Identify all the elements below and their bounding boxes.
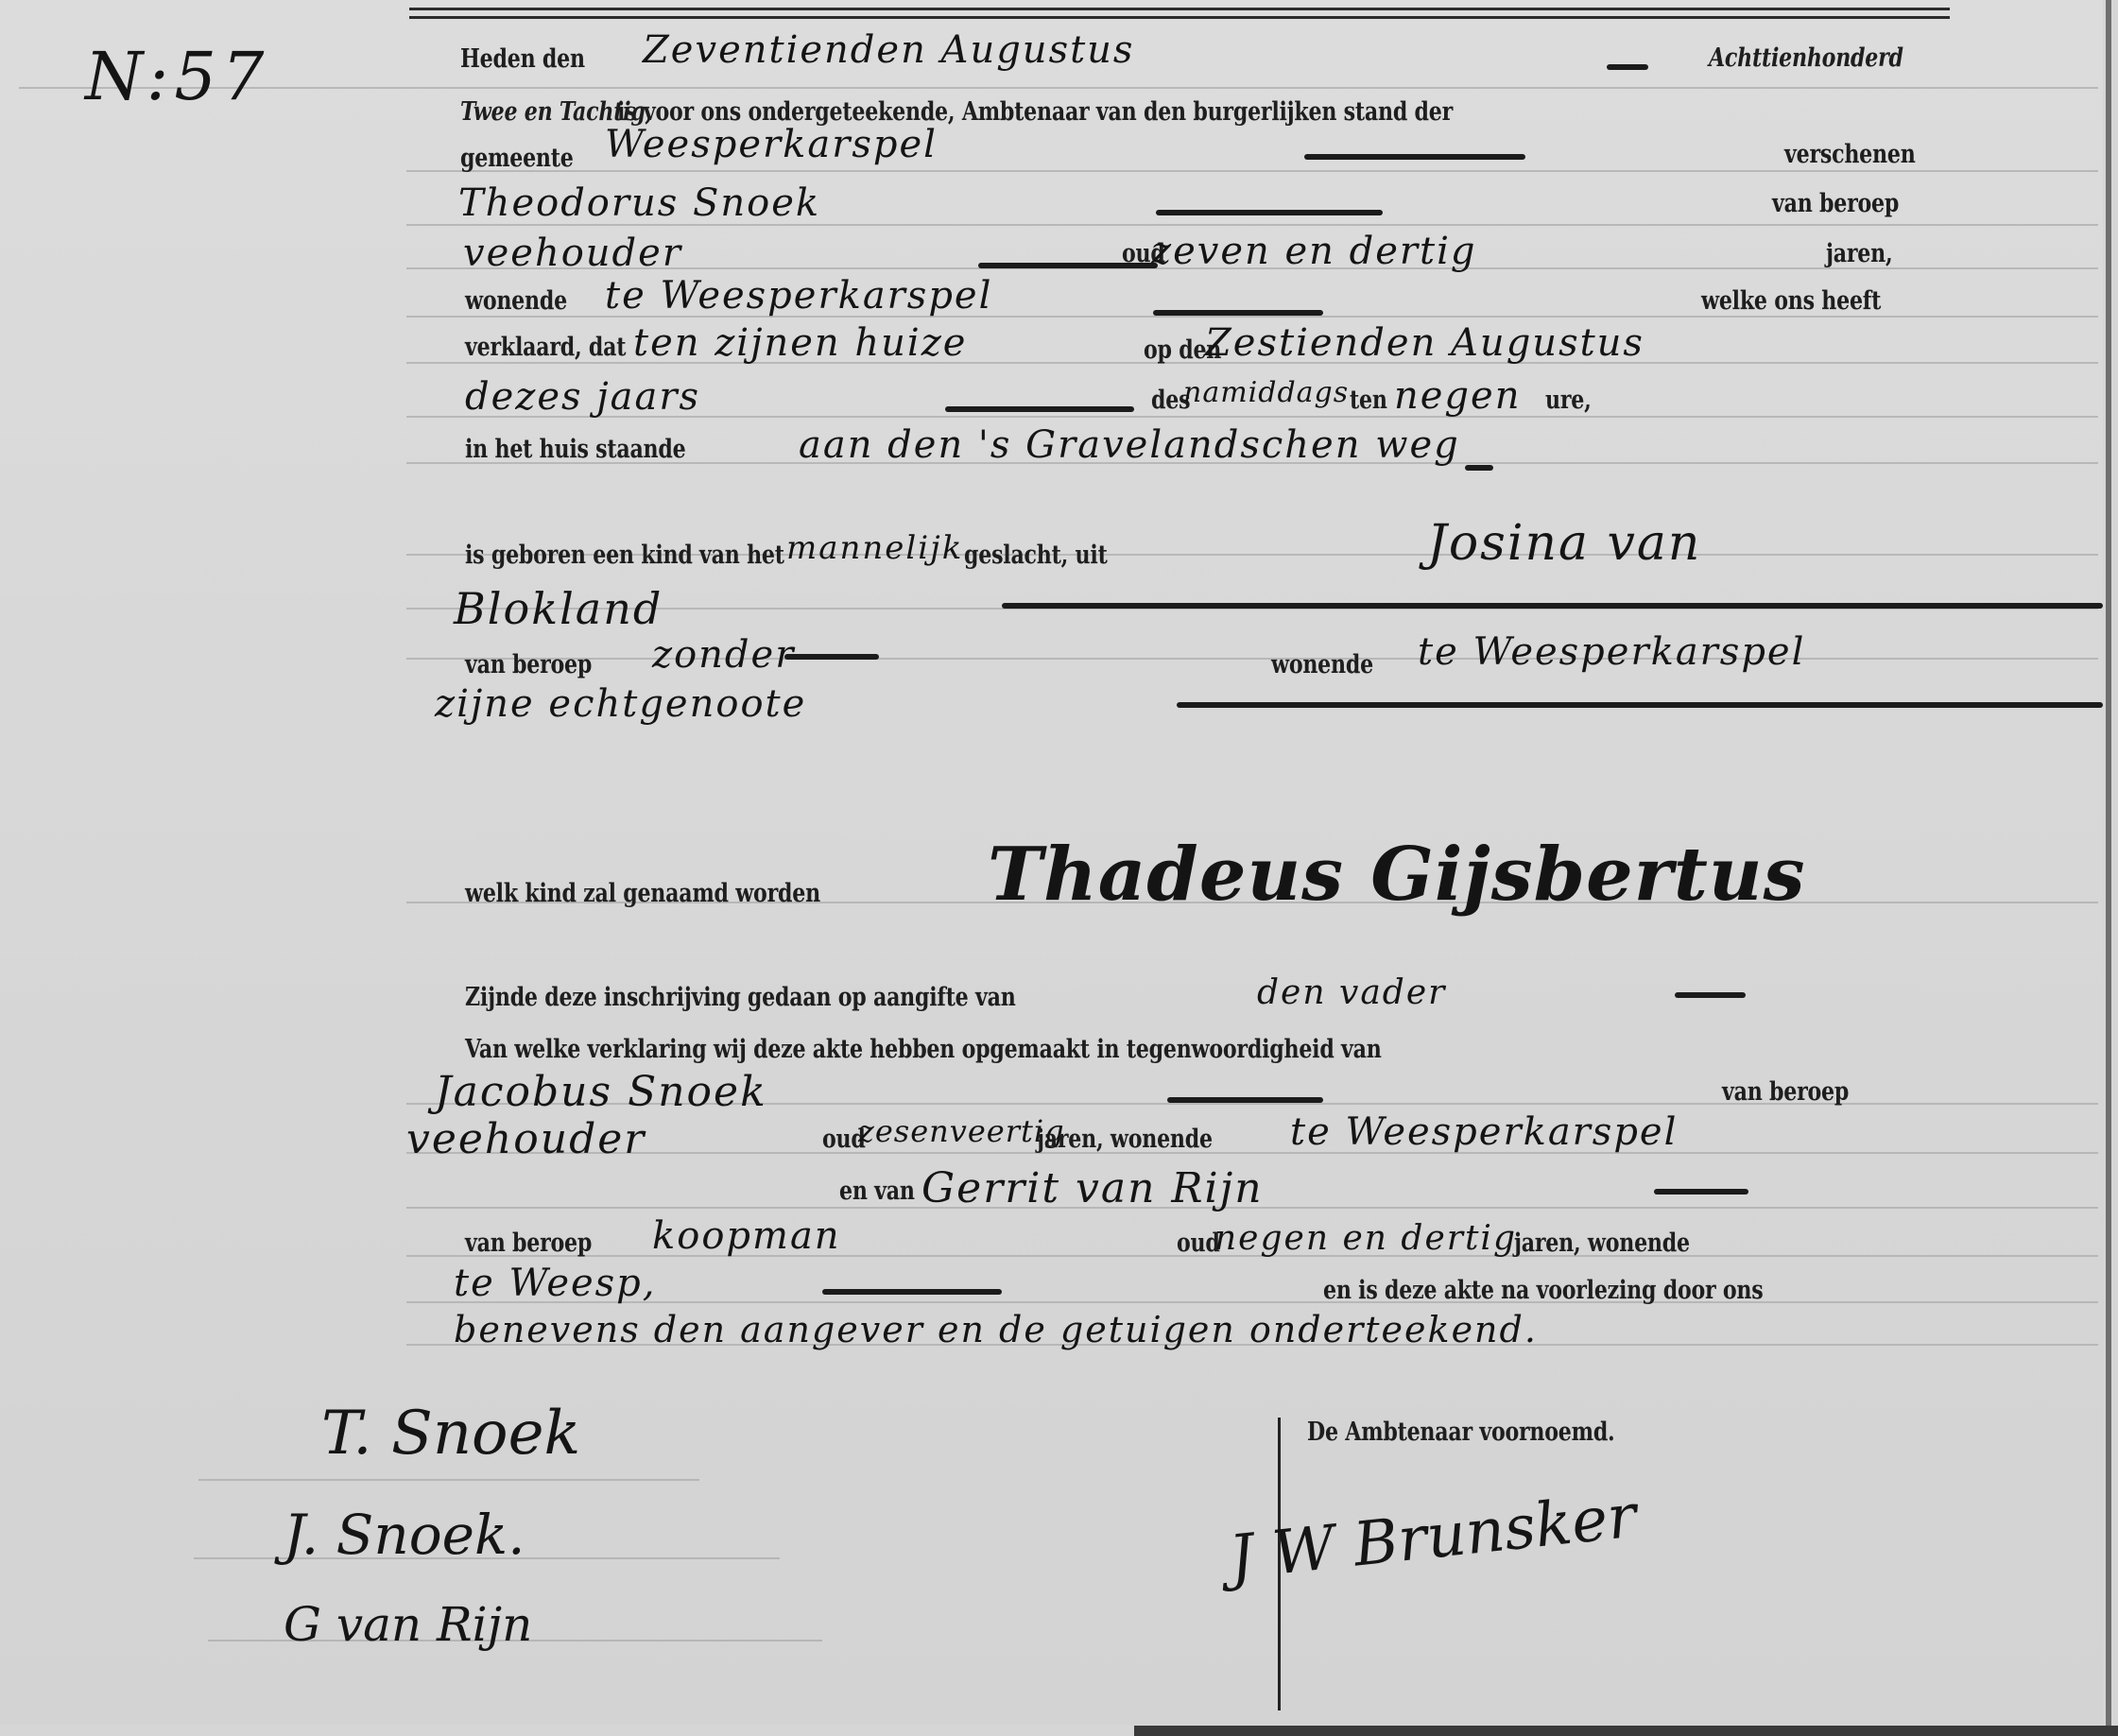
- handwritten-child-name: Thadeus Gijsbertus: [988, 832, 1806, 918]
- fill-dash: [1153, 310, 1323, 316]
- fill-dash: [945, 406, 1134, 412]
- fill-dash: [1177, 702, 2103, 708]
- handwritten-declarant-occupation: veehouder: [463, 232, 682, 275]
- handwritten-time-of-day: namiddags: [1183, 376, 1349, 409]
- fill-dash: [822, 1289, 1002, 1295]
- guide-line: [198, 1479, 699, 1481]
- guide-line: [406, 1152, 2098, 1154]
- fill-dash: [1156, 210, 1383, 215]
- handwritten-closing: benevens den aangever en de getuigen ond…: [454, 1309, 1538, 1350]
- fill-dash: [1465, 465, 1493, 471]
- signature-official: J W Brunsker: [1226, 1482, 1640, 1594]
- page-edge: [1134, 1726, 2118, 1736]
- fill-dash: [1167, 1097, 1323, 1103]
- printed-wonende-2: wonende: [1271, 650, 1373, 679]
- handwritten-witness1-residence: te Weesperkarspel: [1290, 1110, 1678, 1154]
- fill-dash: [1654, 1189, 1748, 1195]
- handwritten-witness2-age: negen en dertig: [1214, 1219, 1517, 1258]
- handwritten-witness1-occupation: veehouder: [406, 1115, 646, 1163]
- fill-dash: [784, 654, 879, 660]
- handwritten-witness2-name: Gerrit van Rijn: [921, 1164, 1264, 1212]
- handwritten-date: Zeventienden Augustus: [643, 28, 1134, 72]
- printed-van-beroep-1: van beroep: [1772, 189, 1899, 218]
- printed-ten: ten: [1350, 386, 1387, 415]
- guide-line: [19, 87, 2098, 89]
- printed-oud-3: oud: [1177, 1229, 1220, 1258]
- guide-line: [406, 1301, 2098, 1303]
- handwritten-mother-occupation: zonder: [652, 633, 795, 677]
- printed-wonende-1: wonende: [465, 286, 567, 316]
- handwritten-birth-place: ten zijnen huize: [633, 321, 967, 365]
- page-edge: [2106, 0, 2111, 1736]
- printed-jaren-wonende-3: jaren, wonende: [1514, 1229, 1690, 1258]
- handwritten-birth-date: Zestienden Augustus: [1205, 321, 1644, 365]
- fill-dash: [1607, 64, 1648, 70]
- printed-en-van: en van: [839, 1177, 915, 1206]
- printed-jaren-1: jaren,: [1826, 239, 1892, 268]
- printed-welke-ons-heeft: welke ons heeft: [1701, 286, 1881, 316]
- record-number: N:57: [85, 38, 269, 115]
- printed-en-is-deze: en is deze akte na voorlezing door ons: [1323, 1276, 1763, 1305]
- fill-dash: [1304, 154, 1525, 160]
- signature-2: J. Snoek.: [284, 1503, 525, 1567]
- printed-geslacht-uit: geslacht, uit: [964, 541, 1108, 570]
- handwritten-sex: mannelijk: [786, 529, 963, 567]
- printed-van-beroep-4: van beroep: [465, 1229, 592, 1258]
- document-page: N:57 Heden den Zeventienden Augustus Ach…: [0, 0, 2103, 1725]
- handwritten-hour: negen: [1394, 374, 1521, 418]
- handwritten-declarant-name: Theodorus Snoek: [458, 181, 820, 225]
- printed-gemeente: gemeente: [460, 144, 574, 173]
- printed-year-1: Achttienhonderd: [1709, 43, 1903, 73]
- printed-welk-kind: welk kind zal genaamd worden: [465, 879, 820, 908]
- handwritten-birth-year: dezes jaars: [465, 375, 700, 419]
- top-double-rule: [409, 8, 1950, 10]
- printed-van-welke: Van welke verklaring wij deze akte hebbe…: [465, 1035, 1382, 1064]
- handwritten-witness1-age: zesenveertig: [858, 1113, 1065, 1149]
- handwritten-municipality: Weesperkarspel: [605, 123, 938, 166]
- printed-verklaard-dat: verklaard, dat: [465, 333, 626, 362]
- handwritten-mother-name-2: Blokland: [454, 583, 663, 634]
- printed-van-beroep-2: van beroep: [465, 650, 592, 679]
- handwritten-house-location: aan den 's Gravelandschen weg: [799, 423, 1460, 467]
- printed-jaren-wonende-2: jaren, wonende: [1037, 1125, 1213, 1154]
- signature-1: T. Snoek: [321, 1399, 580, 1469]
- printed-verschenen: verschenen: [1784, 140, 1916, 169]
- printed-heden-den: Heden den: [460, 44, 585, 74]
- handwritten-mother-residence: te Weesperkarspel: [1418, 630, 1805, 674]
- handwritten-witness2-occupation: koopman: [652, 1214, 841, 1258]
- printed-in-het-huis: in het huis staande: [465, 435, 685, 464]
- handwritten-relation: zijne echtgenoote: [435, 682, 806, 726]
- printed-de-ambtenaar: De Ambtenaar voornoemd.: [1307, 1418, 1615, 1447]
- handwritten-declarant-residence: te Weesperkarspel: [605, 274, 992, 318]
- fill-dash: [1675, 992, 1746, 998]
- printed-van-beroep-3: van beroep: [1722, 1077, 1849, 1107]
- fill-dash: [1002, 603, 2103, 609]
- signature-3: G van Rijn: [284, 1597, 532, 1652]
- printed-zijnde: Zijnde deze inschrijving gedaan op aangi…: [465, 983, 1016, 1012]
- printed-is-geboren: is geboren een kind van het: [465, 541, 784, 570]
- guide-line: [406, 170, 2098, 172]
- handwritten-mother-name-1: Josina van: [1427, 515, 1701, 572]
- handwritten-witness1-name: Jacobus Snoek: [435, 1068, 767, 1116]
- handwritten-witness2-residence: te Weesp,: [454, 1262, 657, 1305]
- handwritten-declarant-age: zeven en dertig: [1151, 230, 1477, 273]
- printed-ure: ure,: [1545, 386, 1592, 415]
- top-double-rule: [409, 16, 1950, 19]
- handwritten-informant: den vader: [1257, 973, 1446, 1012]
